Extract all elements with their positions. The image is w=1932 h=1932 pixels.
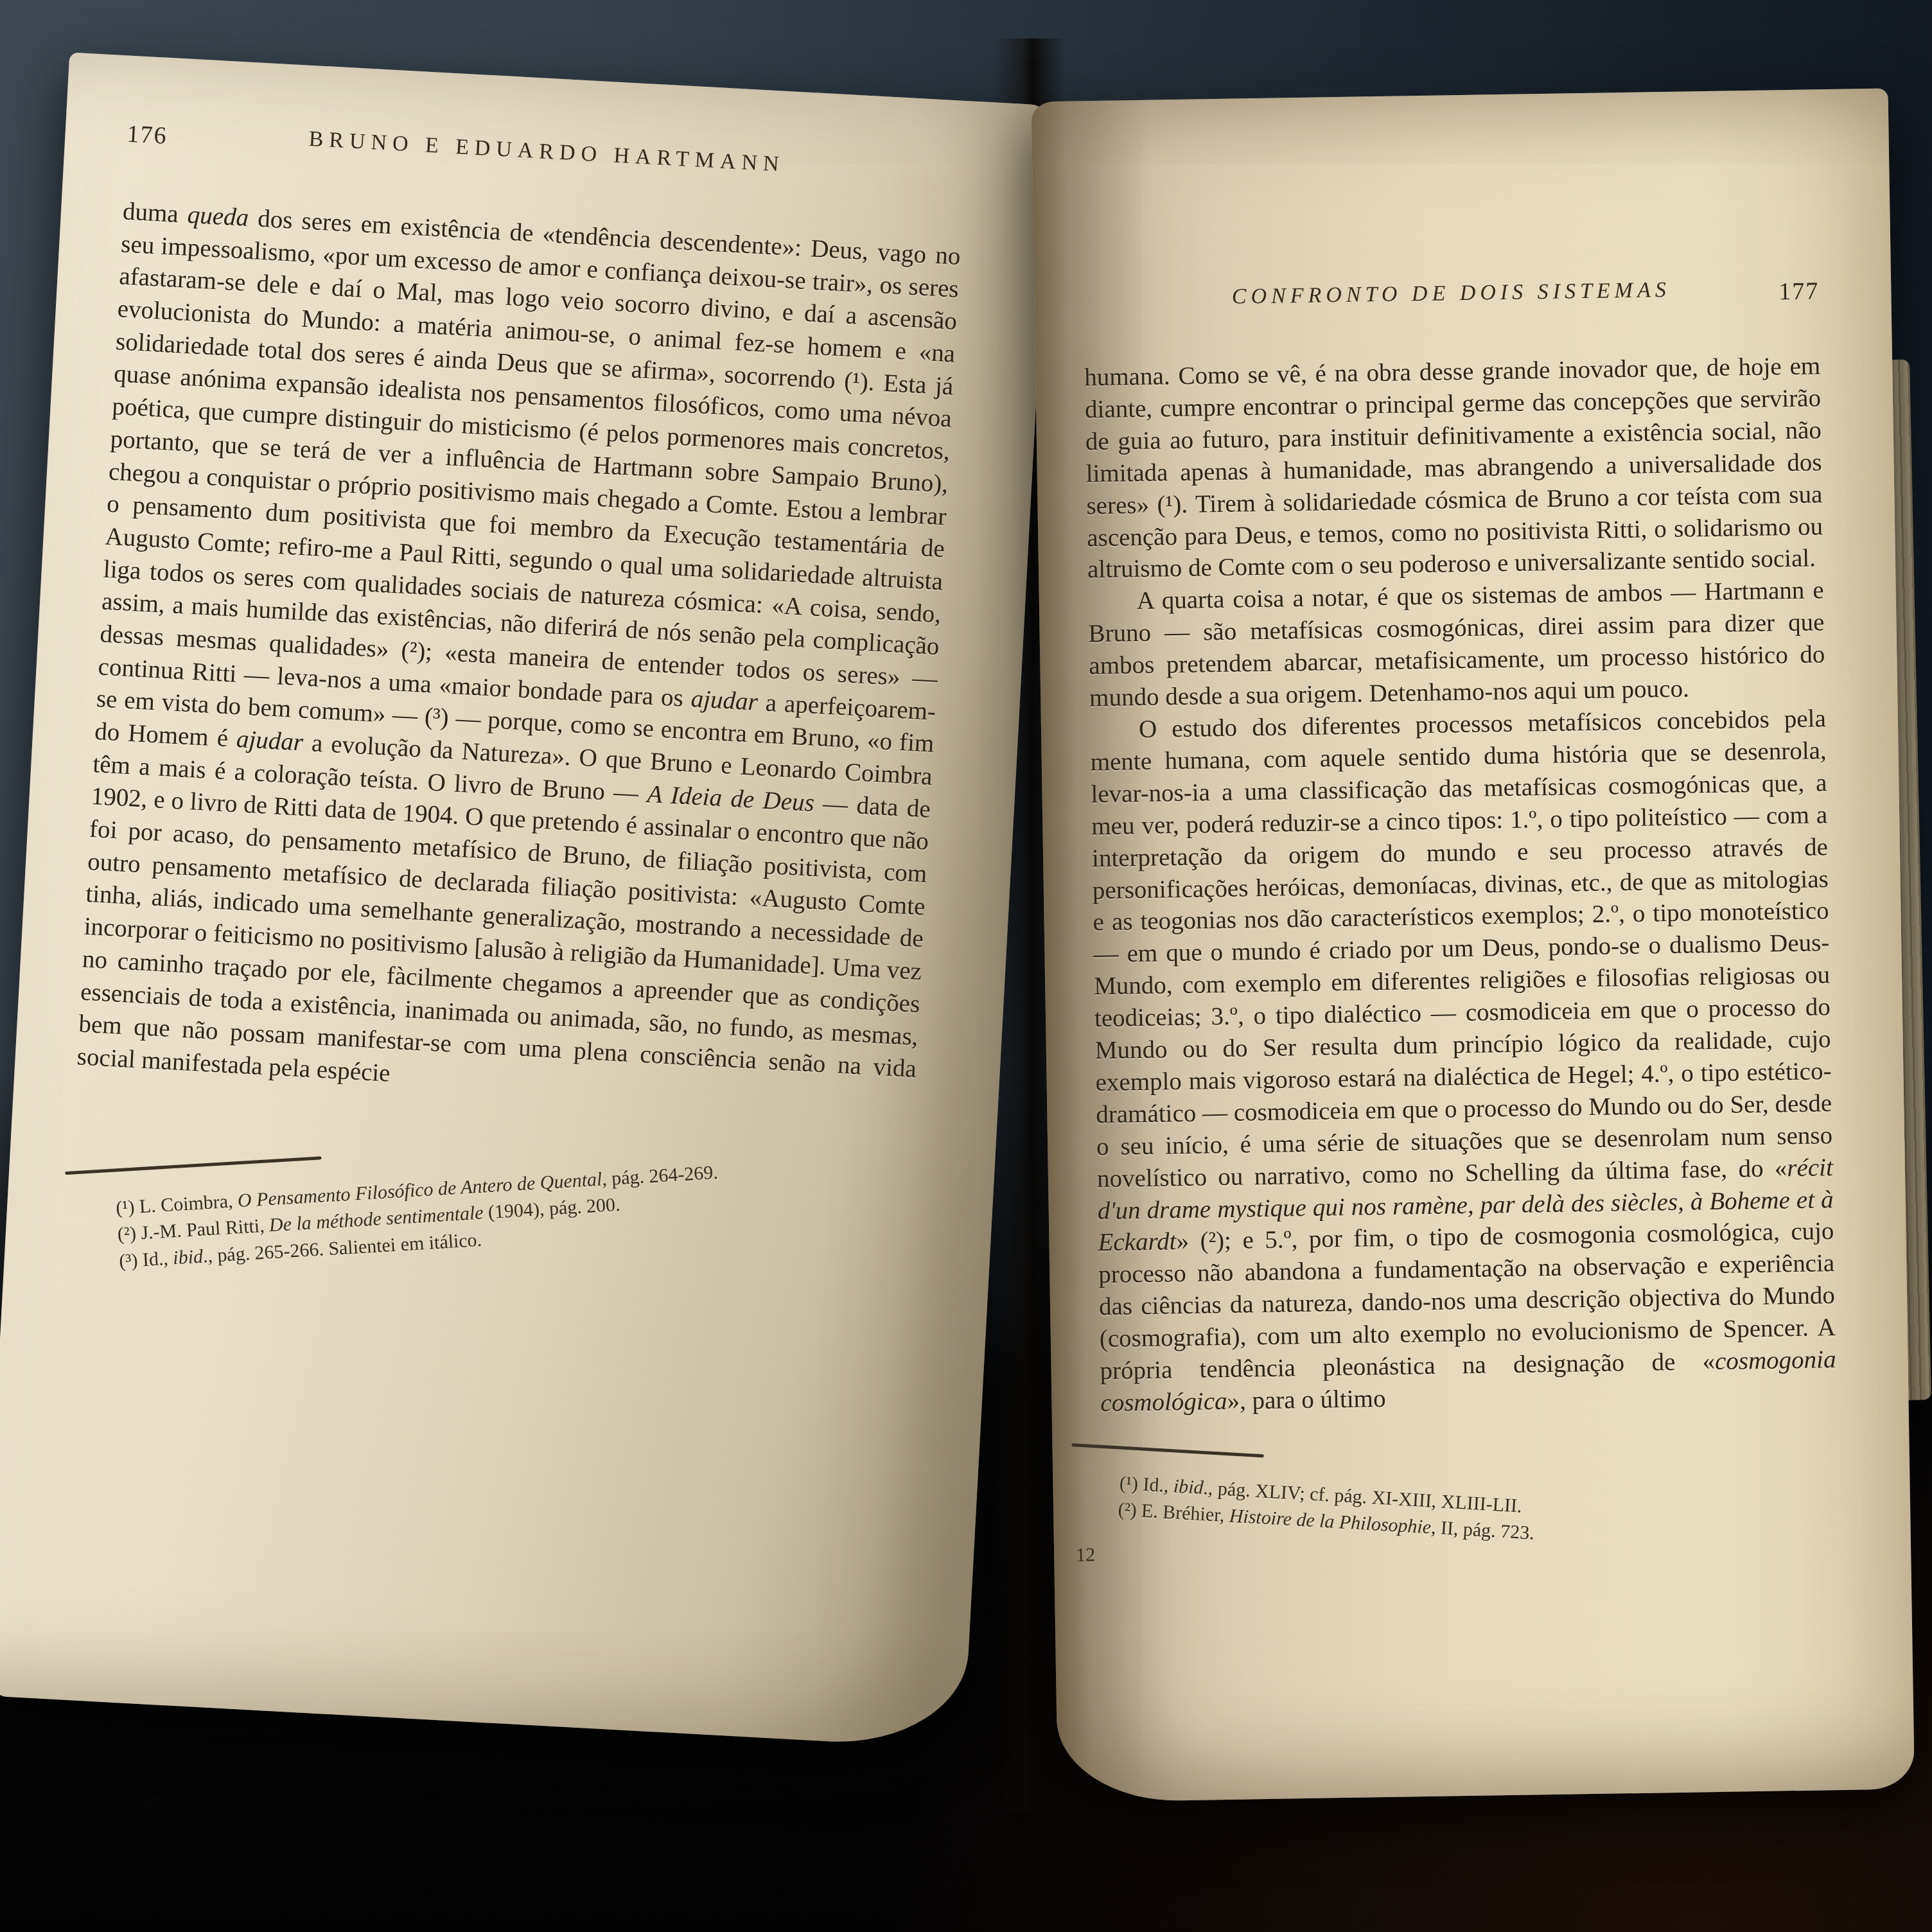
left-running-header: 176 BRUNO E EDUARDO HARTMANN <box>126 117 967 204</box>
text-segment: (1904), pág. 200. <box>483 1194 621 1224</box>
body-paragraph: duma queda dos seres em existência de «t… <box>76 195 962 1118</box>
left-footnote-block: (¹) L. Coimbra, O Pensamento Filosófico … <box>3 1116 992 1281</box>
italic-text-segment: ibid <box>172 1245 204 1269</box>
text-segment: A quarta coisa a notar, é que os sistema… <box>1088 577 1825 712</box>
text-segment: — data de 1902, e o livro de Ritti data … <box>76 782 931 1087</box>
body-paragraph: humana. Como se vê, é na obra desse gran… <box>1084 350 1823 586</box>
left-page: 176 BRUNO E EDUARDO HARTMANN duma queda … <box>0 52 1052 1748</box>
text-segment: humana. Como se vê, é na obra desse gran… <box>1084 352 1823 583</box>
right-page-body: humana. Como se vê, é na obra desse gran… <box>1084 350 1837 1419</box>
right-running-title: CONFRONTO DE DOIS SISTEMAS <box>1083 276 1819 312</box>
body-paragraph: A quarta coisa a notar, é que os sistema… <box>1087 575 1825 715</box>
italic-text-segment: queda <box>187 201 249 232</box>
text-segment: , pág. 264-269. <box>601 1161 718 1190</box>
text-segment: (³) Id., <box>118 1247 173 1272</box>
italic-text-segment: ibid <box>1173 1475 1204 1498</box>
text-segment: dos seres em existência de «tendência de… <box>98 204 962 712</box>
left-page-body: duma queda dos seres em existência de «t… <box>76 195 962 1118</box>
left-page-footnotes: (¹) L. Coimbra, O Pensamento Filosófico … <box>74 1148 895 1277</box>
left-page-number: 176 <box>127 119 168 150</box>
text-segment: O estudo dos diferentes processos metafí… <box>1090 705 1832 1193</box>
right-page: CONFRONTO DE DOIS SISTEMAS 177 humana. C… <box>1032 89 1915 1803</box>
text-segment: (¹) L. Coimbra, <box>116 1190 238 1218</box>
italic-text-segment: ajudar <box>236 725 304 757</box>
body-paragraph: O estudo dos diferentes processos metafí… <box>1090 703 1837 1419</box>
footnote-rule <box>1071 1443 1264 1457</box>
text-segment: duma <box>122 197 188 228</box>
text-segment: », para o último <box>1227 1385 1386 1415</box>
text-segment: (²) E. Bréhier, <box>1118 1499 1230 1527</box>
book-photo-scene: 176 BRUNO E EDUARDO HARTMANN duma queda … <box>0 0 1932 1932</box>
right-running-header: CONFRONTO DE DOIS SISTEMAS 177 <box>1083 276 1820 324</box>
italic-text-segment: A Ideia de Deus <box>646 780 815 816</box>
text-segment: (¹) Id., <box>1119 1472 1174 1497</box>
footnote-rule <box>65 1156 322 1175</box>
right-page-number: 177 <box>1778 277 1820 306</box>
italic-text-segment: ajudar <box>690 685 759 716</box>
left-running-title: BRUNO E EDUARDO HARTMANN <box>127 117 967 187</box>
text-segment: , II, pág. 723. <box>1430 1517 1534 1544</box>
